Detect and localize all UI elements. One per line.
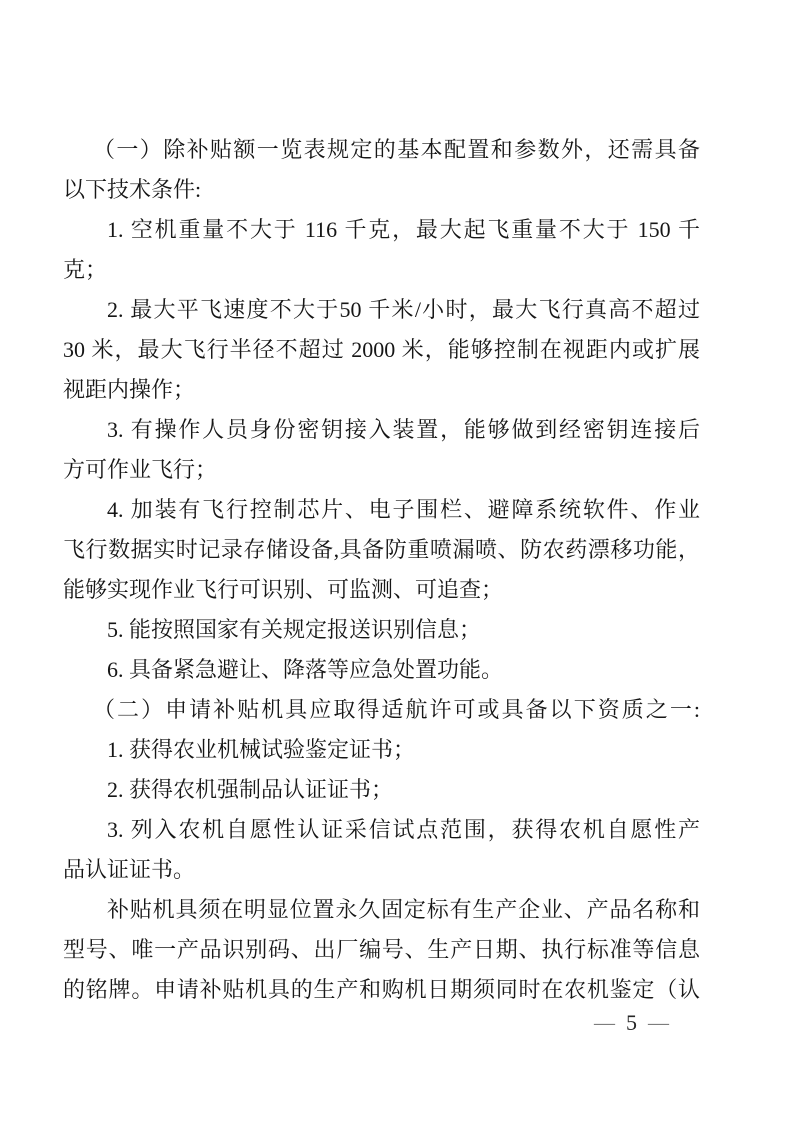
text-line: 飞行数据实时记录存储设备,具备防重喷漏喷、防农药漂移功能， [63,530,700,570]
text-line: 能够实现作业飞行可识别、可监测、可追查； [63,570,700,610]
page-number: — 5 — [594,1006,669,1040]
text-line: 2. 最大平飞速度不大于50 千米/小时，最大飞行真高不超过 [63,290,700,330]
text-line: （二）申请补贴机具应取得适航许可或具备以下资质之一: [63,690,700,730]
text-line: 补贴机具须在明显位置永久固定标有生产企业、产品名称和 [63,890,700,930]
text-line: 5. 能按照国家有关规定报送识别信息； [63,610,700,650]
text-line: 方可作业飞行； [63,450,700,490]
text-line: 1. 获得农业机械试验鉴定证书； [63,730,700,770]
page-number-dash-right: — [648,1013,669,1033]
text-line: 3. 有操作人员身份密钥接入装置，能够做到经密钥连接后 [63,410,700,450]
text-line: 4. 加装有飞行控制芯片、电子围栏、避障系统软件、作业 [63,490,700,530]
page-number-dash-left: — [594,1013,615,1033]
text-line: 6. 具备紧急避让、降落等应急处置功能。 [63,650,700,690]
text-line: 2. 获得农机强制品认证证书； [63,770,700,810]
text-line: 视距内操作； [63,370,700,410]
document-page: （一）除补贴额一览表规定的基本配置和参数外，还需具备 以下技术条件: 1. 空机… [0,0,793,1122]
text-line: 克； [63,250,700,290]
text-line: 1. 空机重量不大于 116 千克，最大起飞重量不大于 150 千 [63,210,700,250]
text-line: 型号、唯一产品识别码、出厂编号、生产日期、执行标准等信息 [63,930,700,970]
text-line: 品认证证书。 [63,850,700,890]
text-line: 以下技术条件: [63,170,700,210]
page-number-value: 5 [626,1010,637,1036]
text-line: 的铭牌。申请补贴机具的生产和购机日期须同时在农机鉴定（认 [63,970,700,1010]
text-line: 30 米，最大飞行半径不超过 2000 米，能够控制在视距内或扩展 [63,330,700,370]
text-line: 3. 列入农机自愿性认证采信试点范围，获得农机自愿性产 [63,810,700,850]
document-body: （一）除补贴额一览表规定的基本配置和参数外，还需具备 以下技术条件: 1. 空机… [63,130,700,1010]
text-line: （一）除补贴额一览表规定的基本配置和参数外，还需具备 [63,130,700,170]
